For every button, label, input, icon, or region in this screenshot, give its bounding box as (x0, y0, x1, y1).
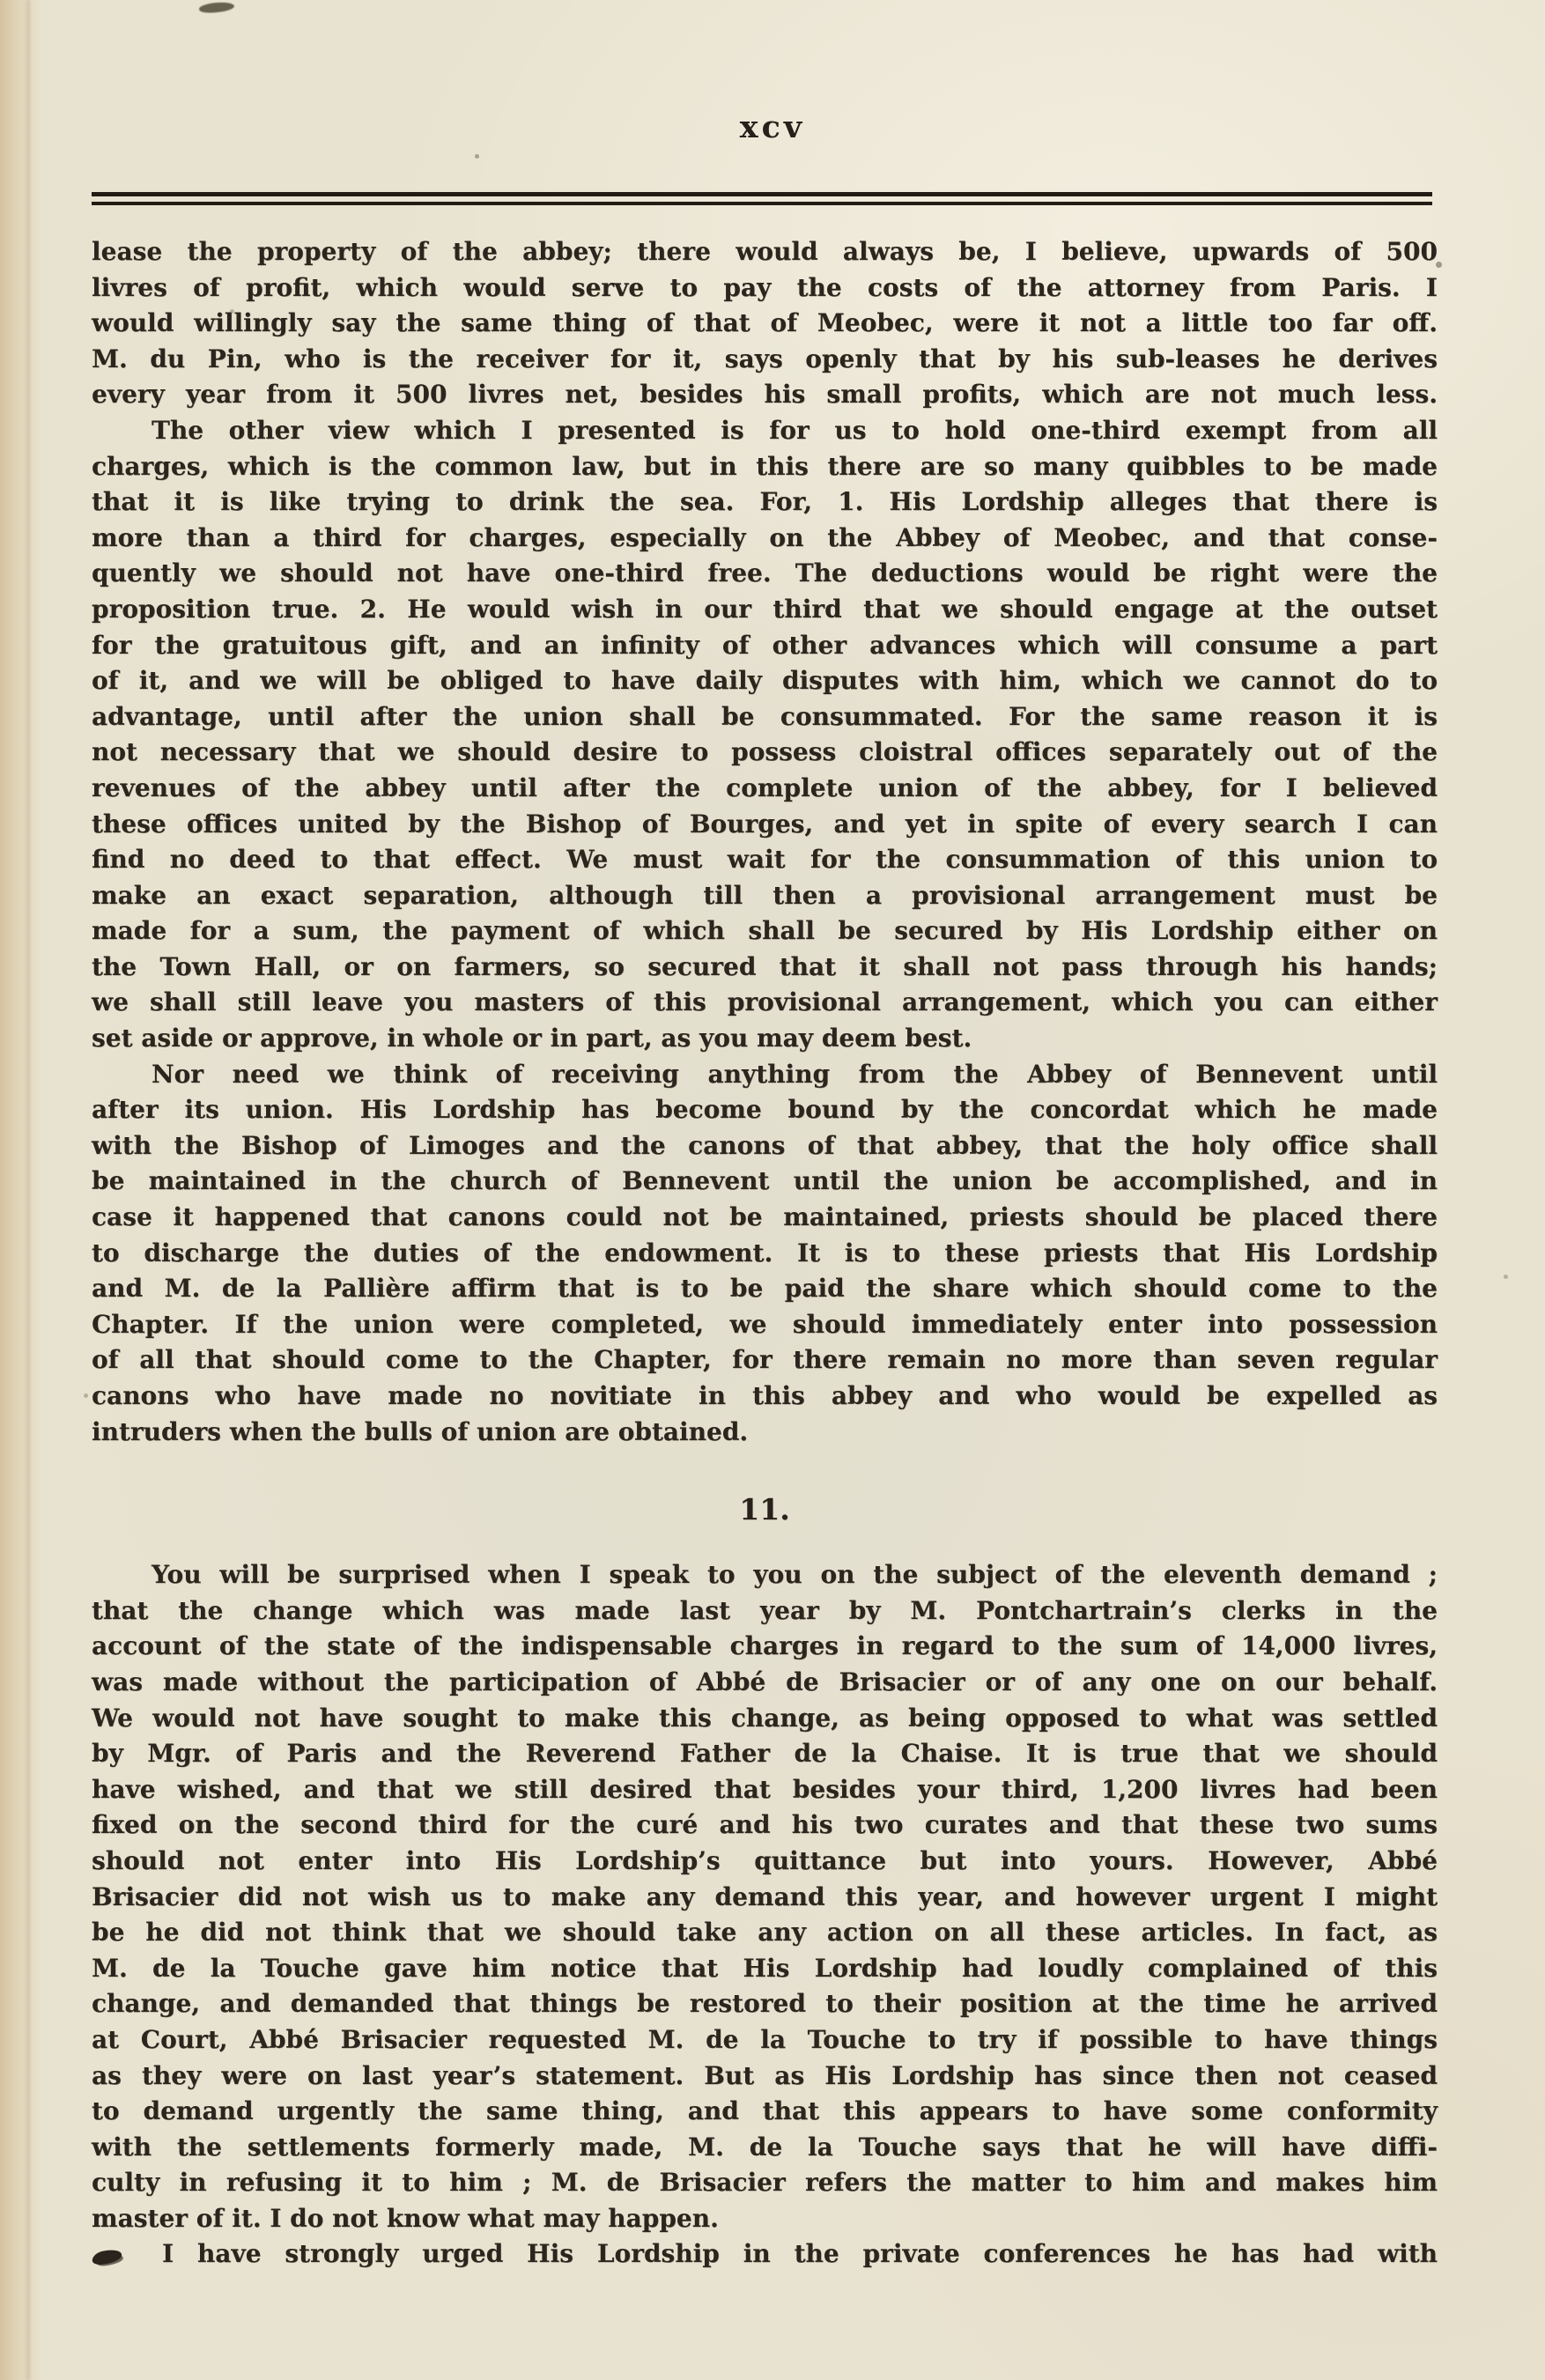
text-line: culty in refusing it to him ; M. de Bris… (92, 2165, 1438, 2201)
text-line: We would not have sought to make this ch… (92, 1701, 1438, 1737)
text-line: made for a sum, the payment of which sha… (92, 913, 1438, 950)
text-line: of all that should come to the Chapter, … (92, 1342, 1438, 1378)
text-line: was made without the participation of Ab… (92, 1665, 1438, 1701)
text-line: account of the state of the indispensabl… (92, 1629, 1438, 1665)
text-line: case it happened that canons could not b… (92, 1200, 1438, 1236)
text-line: M. de la Touche gave him notice that His… (92, 1951, 1438, 1987)
ink-blot (91, 2249, 122, 2267)
text-line: by Mgr. of Paris and the Reverend Father… (92, 1736, 1438, 1772)
text-line: fixed on the second third for the curé a… (92, 1807, 1438, 1844)
text-line: The other view which I presented is for … (92, 413, 1438, 449)
text-line: change, and demanded that things be rest… (92, 1986, 1438, 2022)
text-line: canons who have made no novitiate in thi… (92, 1378, 1438, 1415)
text-line: that it is like trying to drink the sea.… (92, 484, 1438, 521)
text-line: the Town Hall, or on farmers, so secured… (92, 950, 1438, 986)
book-page: xcv lease the property of the abbey; the… (0, 0, 1545, 2380)
text-line: be he did not think that we should take … (92, 1915, 1438, 1951)
text-line: with the Bishop of Limoges and the canon… (92, 1128, 1438, 1164)
text-line: proposition true. 2. He would wish in ou… (92, 592, 1438, 628)
text-line: more than a third for charges, especiall… (92, 521, 1438, 557)
text-line: for the gratuitous gift, and an infinity… (92, 628, 1438, 664)
text-line: at Court, Abbé Brisacier requested M. de… (92, 2022, 1438, 2058)
header-rule (92, 192, 1432, 205)
text-line: to discharge the duties of the endowment… (92, 1236, 1438, 1272)
text-line: as they were on last year’s statement. B… (92, 2058, 1438, 2095)
section-heading: 11. (92, 1490, 1438, 1529)
text-line: make an exact separation, although till … (92, 878, 1438, 914)
text-line: Nor need we think of receiving anything … (92, 1057, 1438, 1093)
paragraph: I have strongly urged His Lordship in th… (92, 2236, 1438, 2273)
text-line: we shall still leave you masters of this… (92, 985, 1438, 1021)
text-line: set aside or approve, in whole or in par… (92, 1021, 1438, 1057)
text-line: Chapter. If the union were completed, we… (92, 1307, 1438, 1343)
text-line: of it, and we will be obliged to have da… (92, 663, 1438, 699)
text-line: not necessary that we should desire to p… (92, 735, 1438, 771)
text-line: be maintained in the church of Bennevent… (92, 1164, 1438, 1200)
text-line: I have strongly urged His Lordship in th… (92, 2236, 1438, 2273)
page-number: xcv (0, 109, 1545, 146)
text-line: charges, which is the common law, but in… (92, 449, 1438, 485)
text-line: every year from it 500 livres net, besid… (92, 377, 1438, 413)
text-line: quently we should not have one-third fre… (92, 556, 1438, 592)
text-line: find no deed to that effect. We must wai… (92, 842, 1438, 878)
text-line: have wished, and that we still desired t… (92, 1772, 1438, 1808)
text-line: should not enter into His Lordship’s qui… (92, 1844, 1438, 1880)
text-line: with the settlements formerly made, M. d… (92, 2130, 1438, 2166)
text-line: to demand urgently the same thing, and t… (92, 2094, 1438, 2130)
text-line: master of it. I do not know what may hap… (92, 2201, 1438, 2237)
paragraph: You will be surprised when I speak to yo… (92, 1557, 1438, 2236)
text-line: after its union. His Lordship has become… (92, 1092, 1438, 1128)
text-line: livres of profit, which would serve to p… (92, 270, 1438, 307)
text-line: You will be surprised when I speak to yo… (92, 1557, 1438, 1593)
text-line: and M. de la Pallière affirm that is to … (92, 1271, 1438, 1307)
paragraph: The other view which I presented is for … (92, 413, 1438, 1057)
text-line: lease the property of the abbey; there w… (92, 234, 1438, 270)
text-line: would willingly say the same thing of th… (92, 306, 1438, 342)
text-line: revenues of the abbey until after the co… (92, 771, 1438, 807)
page-binding-edge (0, 0, 42, 2380)
text-line-text: I have strongly urged His Lordship in th… (162, 2239, 1438, 2268)
text-line: Brisacier did not wish us to make any de… (92, 1880, 1438, 1916)
text-line: advantage, until after the union shall b… (92, 699, 1438, 735)
text-block: lease the property of the abbey; there w… (92, 234, 1438, 2273)
text-line: M. du Pin, who is the receiver for it, s… (92, 342, 1438, 378)
text-line: intruders when the bulls of union are ob… (92, 1415, 1438, 1451)
paragraph: Nor need we think of receiving anything … (92, 1057, 1438, 1451)
paragraph: lease the property of the abbey; there w… (92, 234, 1438, 413)
text-line: these offices united by the Bishop of Bo… (92, 807, 1438, 843)
text-line: that the change which was made last year… (92, 1593, 1438, 1630)
ink-smudge-top (199, 1, 235, 14)
paper-specks (0, 0, 3, 3)
